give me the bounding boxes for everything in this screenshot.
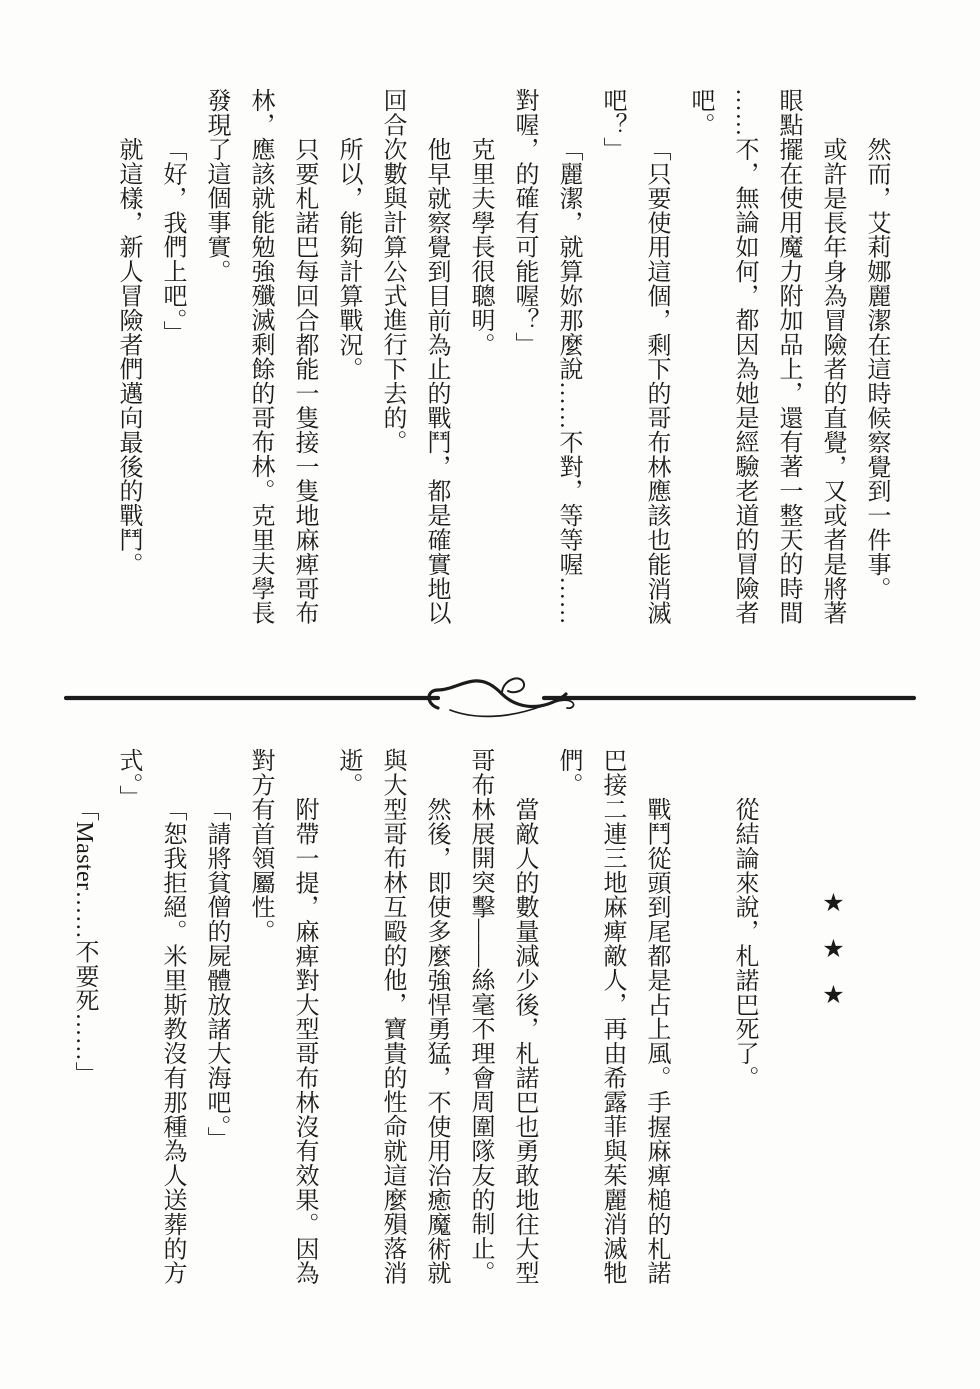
blank-line [854, 748, 898, 1286]
paragraph-line: 「恕我拒絕。米里斯教沒有那種為人送葬的方 [150, 748, 194, 1286]
paragraph-line: 「只要使用這個，剩下的哥布林應該也能消滅 [634, 88, 678, 626]
paragraph-line: 然後，即使多麼強悍勇猛，不使用治癒魔術就 [414, 748, 458, 1286]
paragraph-line: 從結論來說，札諾巴死了。 [722, 748, 766, 1286]
paragraph-line: 發現了這個事實。 [194, 88, 238, 626]
paragraph-line: 「好，我們上吧。」 [150, 88, 194, 626]
scene-break-stars: ★★★ [810, 748, 854, 1286]
paragraph-line: 對方有首領屬性。 [238, 748, 282, 1286]
paragraph-line: 眼點擺在使用魔力附加品上，還有著一整天的時間 [766, 88, 810, 626]
paragraph-line: 他早就察覺到目前為止的戰鬥，都是確實地以 [414, 88, 458, 626]
paragraph-line: 式。」 [106, 748, 150, 1286]
paragraph-line: 們。 [546, 748, 590, 1286]
paragraph-line: 「Master……不要死……」 [62, 748, 106, 1286]
bottom-text-block: ★★★ 從結論來說，札諾巴死了。 戰鬥從頭到尾都是占上風。手握麻痺槌的札諾巴接二… [62, 748, 898, 1286]
paragraph-line: 吧。 [678, 88, 722, 626]
paragraph-line: 對喔，的確有可能喔？」 [502, 88, 546, 626]
paragraph-line: 「請將貧僧的屍體放諸大海吧。」 [194, 748, 238, 1286]
paragraph-line: 所以，能夠計算戰況。 [326, 88, 370, 626]
blank-line [678, 748, 722, 1286]
paragraph-line: 哥布林展開突擊——絲毫不理會周圍隊友的制止。 [458, 748, 502, 1286]
paragraph-line: 克里夫學長很聰明。 [458, 88, 502, 626]
paragraph-line: 「麗潔，就算妳那麼說……不對，等等喔…… [546, 88, 590, 626]
paragraph-line: 當敵人的數量減少後，札諾巴也勇敢地往大型 [502, 748, 546, 1286]
paragraph-line: 附帶一提，麻痺對大型哥布林沒有效果。因為 [282, 748, 326, 1286]
paragraph-line: 巴接二連三地麻痺敵人，再由希露菲與茱麗消滅牠 [590, 748, 634, 1286]
paragraph-line: 吧？」 [590, 88, 634, 626]
divider-flourish-icon [64, 674, 916, 722]
paragraph-line: 回合次數與計算公式進行下去的。 [370, 88, 414, 626]
top-text-block: 然而，艾莉娜麗潔在這時候察覺到一件事。或許是長年身為冒險者的直覺，又或者是將著眼… [106, 88, 898, 626]
paragraph-line: ……不，無論如何，都因為她是經驗老道的冒險者 [722, 88, 766, 626]
paragraph-line: 戰鬥從頭到尾都是占上風。手握麻痺槌的札諾 [634, 748, 678, 1286]
paragraph-line: 林，應該就能勉強殲滅剩餘的哥布林。克里夫學長 [238, 88, 282, 626]
novel-page: 然而，艾莉娜麗潔在這時候察覺到一件事。或許是長年身為冒險者的直覺，又或者是將著眼… [0, 0, 980, 1389]
paragraph-line: 逝。 [326, 748, 370, 1286]
paragraph-line: 或許是長年身為冒險者的直覺，又或者是將著 [810, 88, 854, 626]
paragraph-line: 就這樣，新人冒險者們邁向最後的戰鬥。 [106, 88, 150, 626]
blank-line [766, 748, 810, 1286]
paragraph-line: 與大型哥布林互毆的他，寶貴的性命就這麼殞落消 [370, 748, 414, 1286]
paragraph-line: 然而，艾莉娜麗潔在這時候察覺到一件事。 [854, 88, 898, 626]
paragraph-line: 只要札諾巴每回合都能一隻接一隻地麻痺哥布 [282, 88, 326, 626]
scene-divider [64, 674, 916, 722]
